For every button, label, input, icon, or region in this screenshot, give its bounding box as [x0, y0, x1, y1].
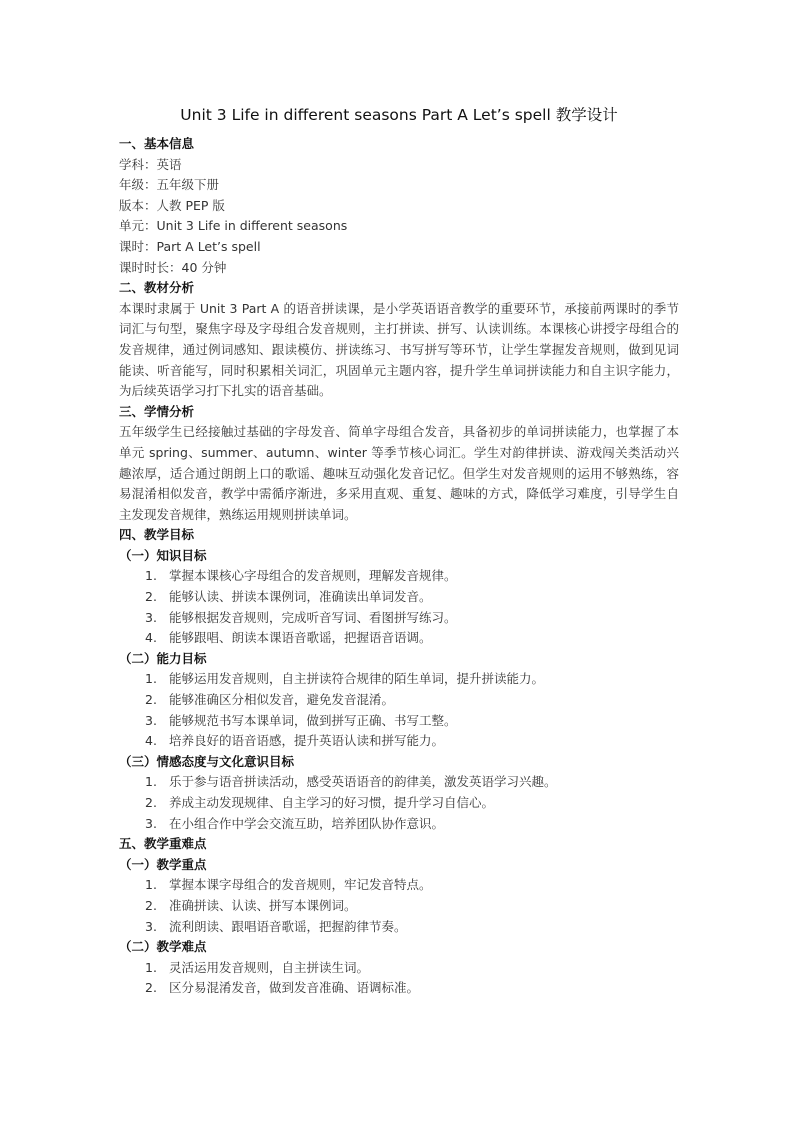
- field-unit: 单元：Unit 3 Life in different seasons: [119, 216, 679, 237]
- field-label: 课时：: [119, 239, 157, 254]
- field-value: 40 分钟: [182, 260, 227, 275]
- list-item: 2.能够准确区分相似发音，避免发音混淆。: [119, 690, 679, 711]
- list-text: 能够跟唱、朗读本课语音歌谣，把握语音语调。: [169, 630, 432, 645]
- list-text: 流利朗读、跟唱语音歌谣，把握韵律节奏。: [169, 919, 407, 934]
- subheading-teaching-focus: （一）教学重点: [119, 855, 679, 876]
- list-item: 2.养成主动发现规律、自主学习的好习惯，提升学习自信心。: [119, 793, 679, 814]
- section-heading-objectives: 四、教学目标: [119, 525, 679, 546]
- field-duration: 课时时长：40 分钟: [119, 258, 679, 279]
- list-text: 能够根据发音规则，完成听音写词、看图拼写练习。: [169, 610, 457, 625]
- list-text: 能够规范书写本课单词，做到拼写正确、书写工整。: [169, 713, 457, 728]
- field-subject: 学科：英语: [119, 155, 679, 176]
- list-number: 2.: [145, 896, 157, 917]
- section-heading-student-analysis: 三、学情分析: [119, 402, 679, 423]
- list-item: 1.乐于参与语音拼读活动，感受英语语音的韵律美，激发英语学习兴趣。: [119, 772, 679, 793]
- list-text: 乐于参与语音拼读活动，感受英语语音的韵律美，激发英语学习兴趣。: [169, 774, 557, 789]
- list-number: 2.: [145, 793, 157, 814]
- list-number: 2.: [145, 587, 157, 608]
- list-item: 3.能够规范书写本课单词，做到拼写正确、书写工整。: [119, 711, 679, 732]
- list-number: 2.: [145, 690, 157, 711]
- field-grade: 年级：五年级下册: [119, 175, 679, 196]
- list-number: 1.: [145, 875, 157, 896]
- field-label: 单元：: [119, 218, 157, 233]
- material-analysis-paragraph: 本课时隶属于 Unit 3 Part A 的语音拼读课，是小学英语语音教学的重要…: [119, 299, 679, 402]
- list-number: 3.: [145, 711, 157, 732]
- field-label: 年级：: [119, 177, 157, 192]
- list-item: 3.流利朗读、跟唱语音歌谣，把握韵律节奏。: [119, 917, 679, 938]
- section-heading-basic-info: 一、基本信息: [119, 134, 679, 155]
- list-text: 养成主动发现规律、自主学习的好习惯，提升学习自信心。: [169, 795, 494, 810]
- list-item: 1.掌握本课核心字母组合的发音规则，理解发音规律。: [119, 566, 679, 587]
- list-number: 3.: [145, 608, 157, 629]
- list-number: 3.: [145, 814, 157, 835]
- list-item: 4.能够跟唱、朗读本课语音歌谣，把握语音语调。: [119, 628, 679, 649]
- section-heading-material-analysis: 二、教材分析: [119, 278, 679, 299]
- list-number: 4.: [145, 731, 157, 752]
- list-number: 1.: [145, 669, 157, 690]
- field-label: 学科：: [119, 157, 157, 172]
- list-number: 2.: [145, 978, 157, 999]
- list-text: 在小组合作中学会交流互助，培养团队协作意识。: [169, 816, 444, 831]
- list-item: 1.能够运用发音规则，自主拼读符合规律的陌生单词，提升拼读能力。: [119, 669, 679, 690]
- list-text: 准确拼读、认读、拼写本课例词。: [169, 898, 357, 913]
- field-edition: 版本：人教 PEP 版: [119, 196, 679, 217]
- list-text: 培养良好的语音语感，提升英语认读和拼写能力。: [169, 733, 444, 748]
- subheading-attitude-objectives: （三）情感态度与文化意识目标: [119, 752, 679, 773]
- list-text: 掌握本课核心字母组合的发音规则，理解发音规律。: [169, 568, 457, 583]
- field-value: 人教 PEP 版: [157, 198, 225, 213]
- list-text: 掌握本课字母组合的发音规则，牢记发音特点。: [169, 877, 432, 892]
- list-item: 2.区分易混淆发音，做到发音准确、语调标准。: [119, 978, 679, 999]
- list-text: 能够准确区分相似发音，避免发音混淆。: [169, 692, 394, 707]
- list-number: 4.: [145, 628, 157, 649]
- list-item: 2.准确拼读、认读、拼写本课例词。: [119, 896, 679, 917]
- list-item: 1.灵活运用发音规则，自主拼读生词。: [119, 958, 679, 979]
- list-text: 区分易混淆发音，做到发音准确、语调标准。: [169, 980, 419, 995]
- document-title: Unit 3 Life in different seasons Part A …: [119, 104, 679, 126]
- field-value: Part A Let’s spell: [157, 239, 261, 254]
- field-value: 五年级下册: [157, 177, 220, 192]
- field-value: Unit 3 Life in different seasons: [157, 218, 348, 233]
- field-label: 版本：: [119, 198, 157, 213]
- list-item: 3.在小组合作中学会交流互助，培养团队协作意识。: [119, 814, 679, 835]
- list-number: 3.: [145, 917, 157, 938]
- list-item: 1.掌握本课字母组合的发音规则，牢记发音特点。: [119, 875, 679, 896]
- list-text: 能够运用发音规则，自主拼读符合规律的陌生单词，提升拼读能力。: [169, 671, 544, 686]
- list-item: 2.能够认读、拼读本课例词，准确读出单词发音。: [119, 587, 679, 608]
- list-number: 1.: [145, 772, 157, 793]
- list-number: 1.: [145, 566, 157, 587]
- document-page: Unit 3 Life in different seasons Part A …: [119, 104, 679, 999]
- section-heading-key-points: 五、教学重难点: [119, 834, 679, 855]
- list-item: 3.能够根据发音规则，完成听音写词、看图拼写练习。: [119, 608, 679, 629]
- list-number: 1.: [145, 958, 157, 979]
- subheading-ability-objectives: （二）能力目标: [119, 649, 679, 670]
- list-item: 4.培养良好的语音语感，提升英语认读和拼写能力。: [119, 731, 679, 752]
- list-text: 灵活运用发音规则，自主拼读生词。: [169, 960, 369, 975]
- subheading-teaching-difficulties: （二）教学难点: [119, 937, 679, 958]
- field-lesson: 课时：Part A Let’s spell: [119, 237, 679, 258]
- subheading-knowledge-objectives: （一）知识目标: [119, 546, 679, 567]
- field-value: 英语: [157, 157, 182, 172]
- student-analysis-paragraph: 五年级学生已经接触过基础的字母发音、简单字母组合发音，具备初步的单词拼读能力，也…: [119, 422, 679, 525]
- field-label: 课时时长：: [119, 260, 182, 275]
- list-text: 能够认读、拼读本课例词，准确读出单词发音。: [169, 589, 432, 604]
